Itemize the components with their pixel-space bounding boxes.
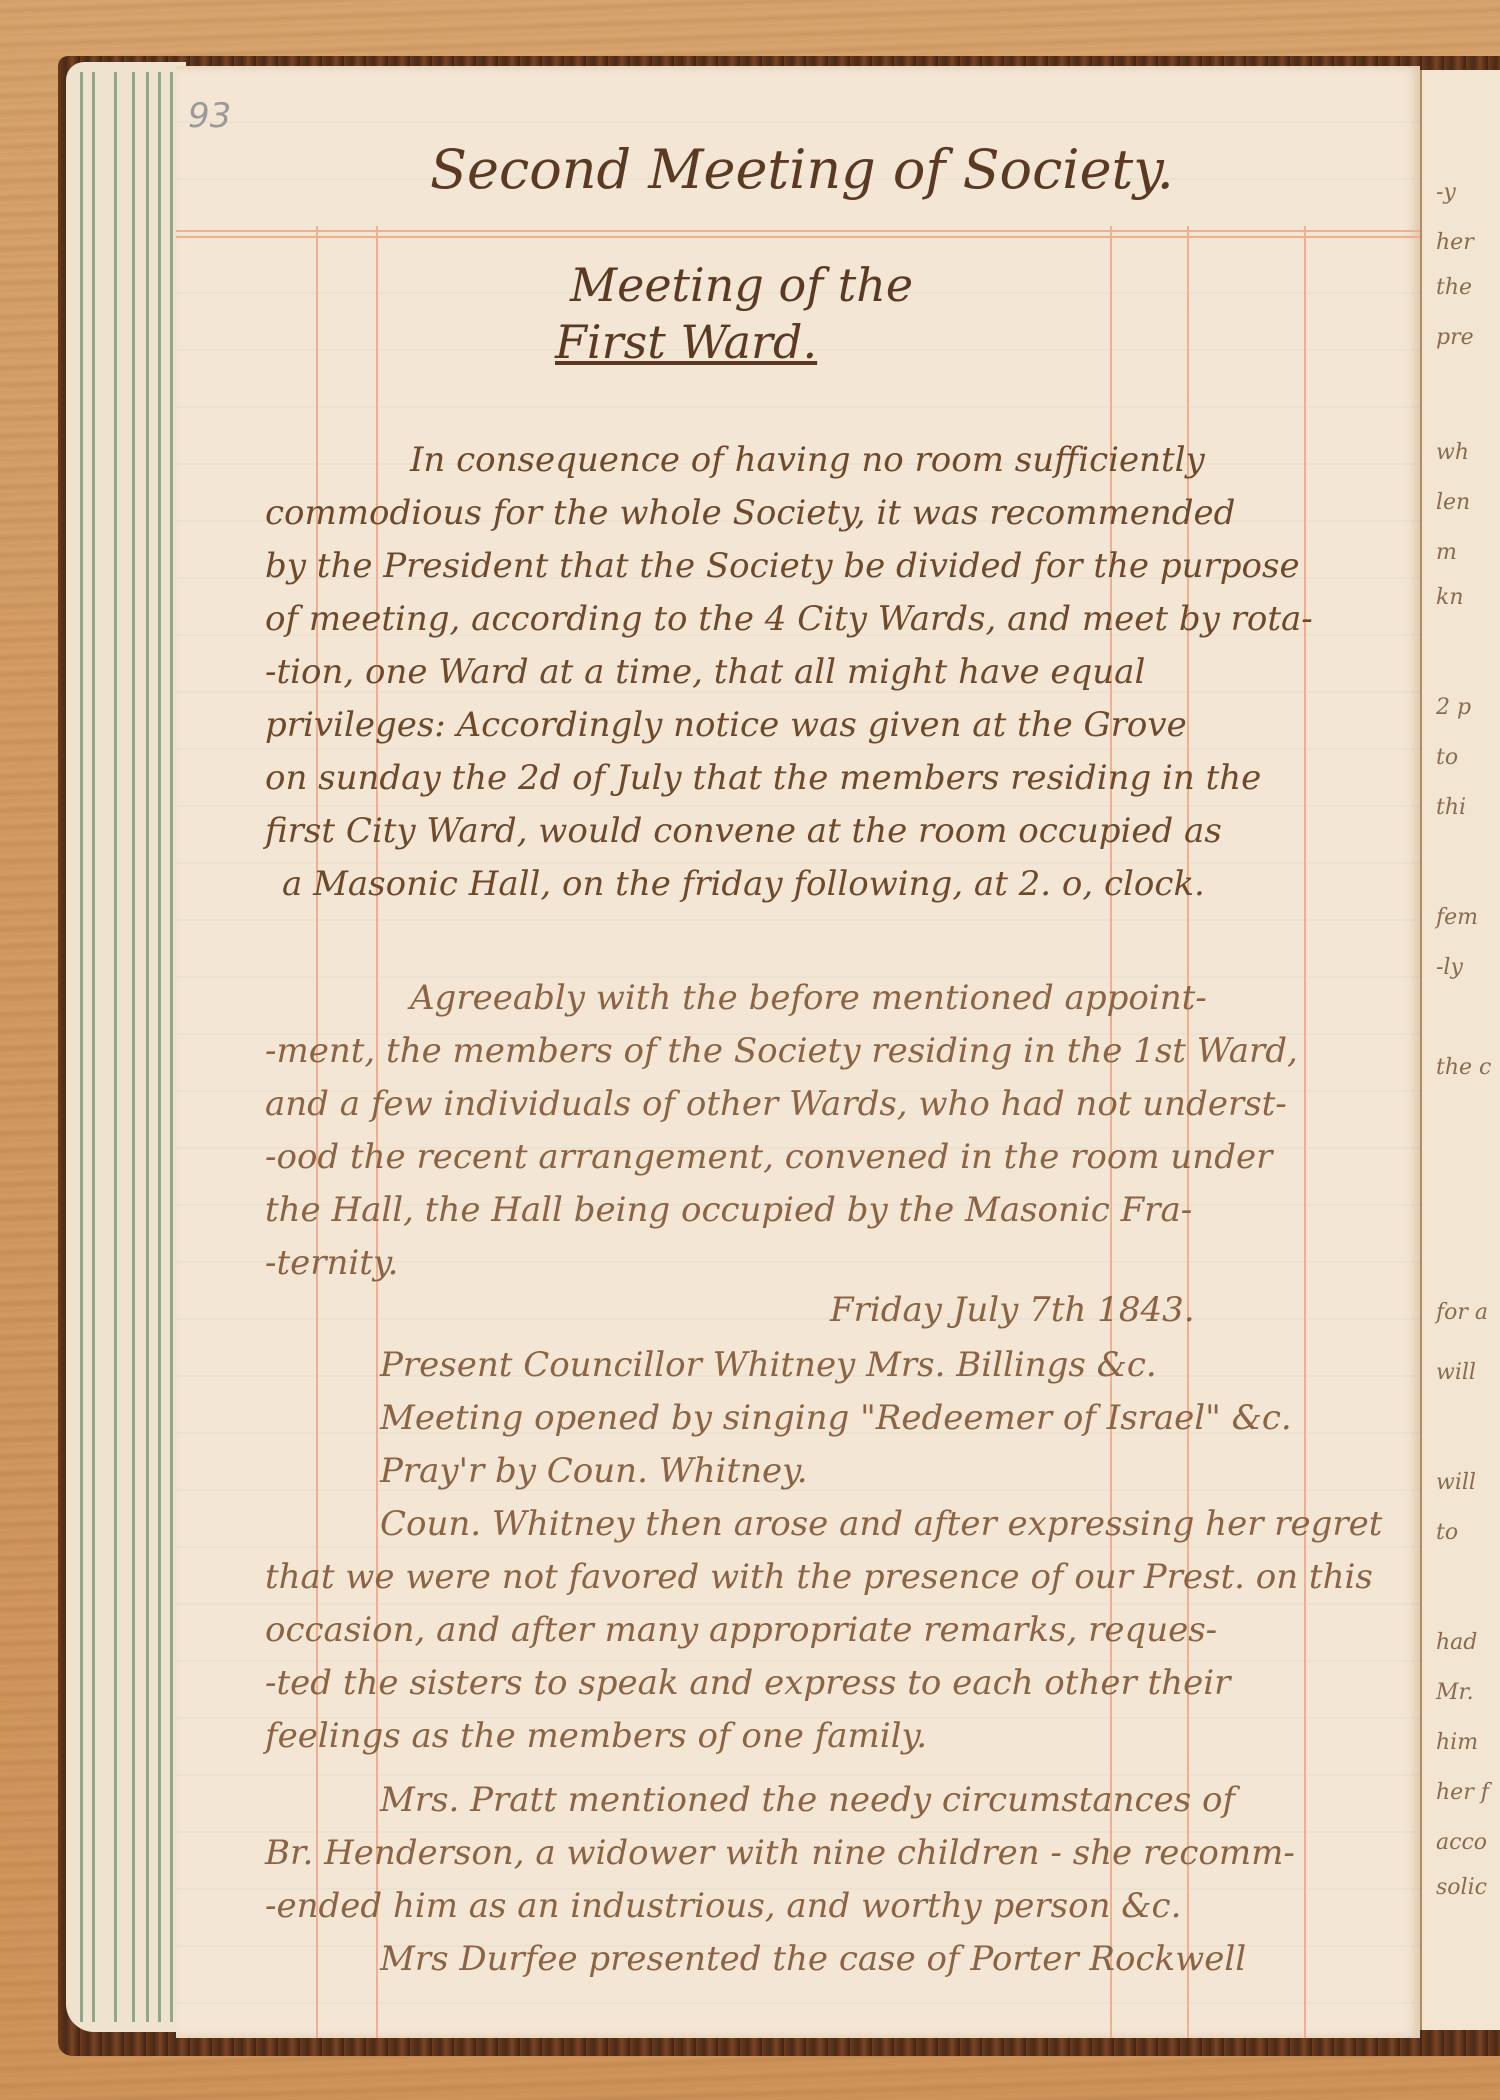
minutes-line: Present Councillor Whitney Mrs. Billings… — [380, 1345, 1157, 1385]
paragraph-1-line: by the President that the Society be div… — [265, 546, 1300, 586]
paragraph-1-line: of meeting, according to the 4 City Ward… — [265, 599, 1313, 639]
edge-stripe — [158, 72, 161, 2022]
minutes-line: Coun. Whitney then arose and after expre… — [380, 1504, 1382, 1544]
facing-page-fragment: to — [1436, 745, 1458, 770]
minutes-line: Meeting opened by singing "Redeemer of I… — [380, 1398, 1292, 1438]
edge-stripe — [132, 72, 135, 2022]
paragraph-1-line: first City Ward, would convene at the ro… — [265, 811, 1222, 851]
facing-page-fragment: to — [1436, 1520, 1458, 1545]
paragraph-2-line: and a few individuals of other Wards, wh… — [265, 1084, 1287, 1124]
edge-stripe — [92, 72, 95, 2022]
paragraph-1-line: on sunday the 2d of July that the member… — [265, 758, 1261, 798]
paragraph-2-line: the Hall, the Hall being occupied by the… — [265, 1190, 1192, 1230]
paragraph-1-line: privileges: Accordingly notice was given… — [265, 705, 1187, 745]
minutes-line: feelings as the members of one family. — [265, 1716, 927, 1756]
section-heading-line-1: Meeting of the — [570, 258, 913, 312]
minutes-line: Mrs. Pratt mentioned the needy circumsta… — [380, 1780, 1235, 1820]
minutes-line: -ted the sisters to speak and express to… — [265, 1663, 1230, 1703]
edge-stripe — [146, 72, 149, 2022]
facing-page-fragment: Mr. — [1436, 1680, 1474, 1705]
facing-page-fragment: the c — [1436, 1055, 1491, 1080]
paragraph-1-line: In consequence of having no room suffici… — [410, 440, 1205, 480]
facing-page-fragment: pre — [1436, 325, 1474, 350]
minutes-line: Mrs Durfee presented the case of Porter … — [380, 1939, 1246, 1979]
paragraph-1-line: a Masonic Hall, on the friday following,… — [282, 864, 1205, 904]
facing-page-fragment: her — [1436, 230, 1474, 255]
facing-page-fragment: -y — [1436, 180, 1456, 205]
ruled-header-line — [176, 230, 1420, 232]
facing-page-fragment: will — [1436, 1470, 1476, 1495]
facing-page-fragment: thi — [1436, 795, 1466, 820]
facing-page-fragment: her f — [1436, 1780, 1489, 1805]
document-title: Second Meeting of Society. — [430, 138, 1174, 201]
facing-page-fragment: fem — [1436, 905, 1478, 930]
facing-page-fragment: -ly — [1436, 955, 1463, 980]
edge-stripe — [114, 72, 117, 2022]
facing-page-fragment: him — [1436, 1730, 1478, 1755]
facing-page-fragment: kn — [1436, 585, 1464, 610]
minutes-line: that we were not favored with the presen… — [265, 1557, 1373, 1597]
facing-page-fragment: m — [1436, 540, 1457, 565]
facing-page-fragment: had — [1436, 1630, 1477, 1655]
facing-page-fragment: 2 p — [1436, 695, 1471, 720]
paragraph-1-line: -tion, one Ward at a time, that all migh… — [265, 652, 1145, 692]
ruled-column-line — [1304, 226, 1306, 2038]
minutes-line: -ended him as an industrious, and worthy… — [265, 1886, 1181, 1926]
facing-page-fragment: wh — [1436, 440, 1469, 465]
section-heading-line-2: First Ward. — [555, 315, 817, 369]
paragraph-2-line: -ment, the members of the Society residi… — [265, 1031, 1298, 1071]
paragraph-2-line: -ternity. — [265, 1243, 398, 1283]
facing-page-fragment: for a — [1436, 1300, 1488, 1325]
facing-page-fragment: len — [1436, 490, 1470, 515]
meeting-date: Friday July 7th 1843. — [830, 1290, 1195, 1330]
facing-page-fragment: acco — [1436, 1830, 1487, 1855]
edge-stripe — [170, 72, 173, 2022]
edge-stripe — [80, 72, 83, 2022]
ruled-header-line — [176, 236, 1420, 238]
minutes-line: occasion, and after many appropriate rem… — [265, 1610, 1217, 1650]
paragraph-2-line: -ood the recent arrangement, convened in… — [265, 1137, 1272, 1177]
facing-page: -y her the pre wh len m kn 2 p to thi fe… — [1420, 70, 1500, 2030]
minutes-line: Br. Henderson, a widower with nine child… — [265, 1833, 1295, 1873]
paragraph-2-line: Agreeably with the before mentioned appo… — [410, 978, 1207, 1018]
facing-page-fragment: will — [1436, 1360, 1476, 1385]
paragraph-1-line: commodious for the whole Society, it was… — [265, 493, 1235, 533]
page-number: 93 — [188, 96, 231, 136]
facing-page-fragment: solic — [1436, 1875, 1487, 1900]
facing-page-fragment: the — [1436, 275, 1472, 300]
minutes-line: Pray'r by Coun. Whitney. — [380, 1451, 808, 1491]
page-edge-stack — [66, 62, 186, 2032]
